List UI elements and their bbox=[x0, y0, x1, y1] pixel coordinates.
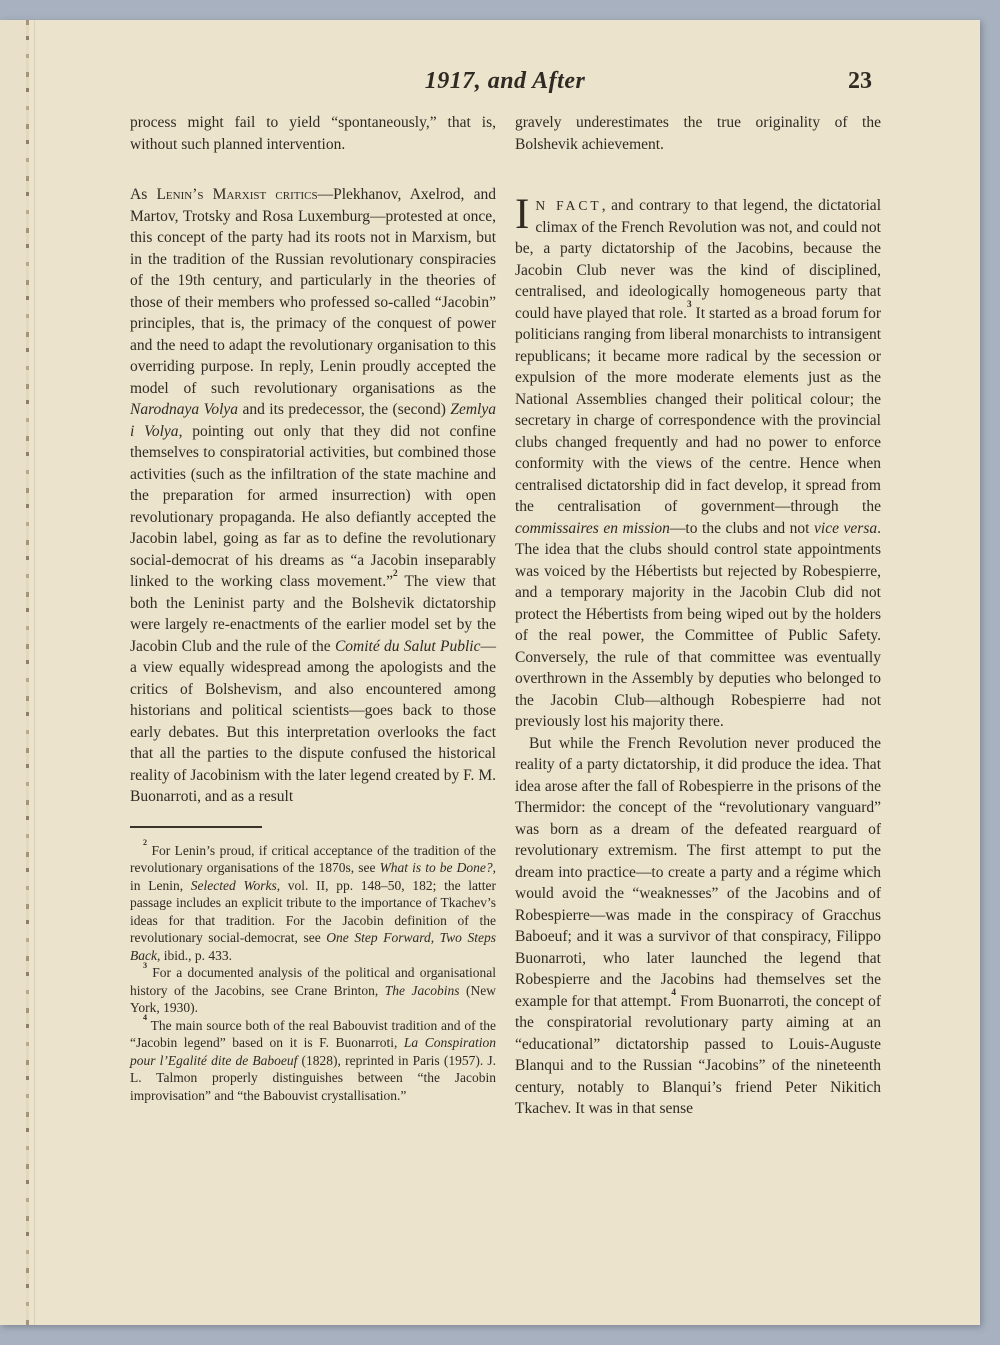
paragraph-continuation: gravely underestimates the true original… bbox=[515, 112, 881, 155]
paragraph-in-fact: IN FACT, and contrary to that legend, th… bbox=[515, 195, 881, 733]
page-number: 23 bbox=[848, 68, 888, 95]
footnote-3: 3 For a documented analysis of the polit… bbox=[130, 964, 496, 1017]
right-column: gravely underestimates the true original… bbox=[515, 112, 881, 1120]
footnote-separator bbox=[130, 826, 262, 828]
page-fold-strip bbox=[0, 20, 26, 1325]
footnotes: 2 For Lenin’s proud, if critical accepta… bbox=[130, 842, 496, 1105]
paragraph-lenin-critics: As Lenin’s Marxist critics—Plekhanov, Ax… bbox=[130, 184, 496, 808]
paragraph-but-while: But while the French Revolution never pr… bbox=[515, 733, 881, 1120]
running-head: 1917, and After bbox=[130, 68, 880, 95]
book-page: 1917, and After 23 process might fail to… bbox=[0, 20, 980, 1325]
running-title: 1917, and After bbox=[425, 68, 586, 94]
left-column: process might fail to yield “spontaneous… bbox=[130, 112, 496, 1104]
paragraph-continuation: process might fail to yield “spontaneous… bbox=[130, 112, 496, 155]
footnote-4: 4 The main source both of the real Babou… bbox=[130, 1017, 496, 1105]
torn-page-edge bbox=[26, 20, 29, 1325]
footnote-2: 2 For Lenin’s proud, if critical accepta… bbox=[130, 842, 496, 965]
paper-crease bbox=[34, 20, 35, 1325]
